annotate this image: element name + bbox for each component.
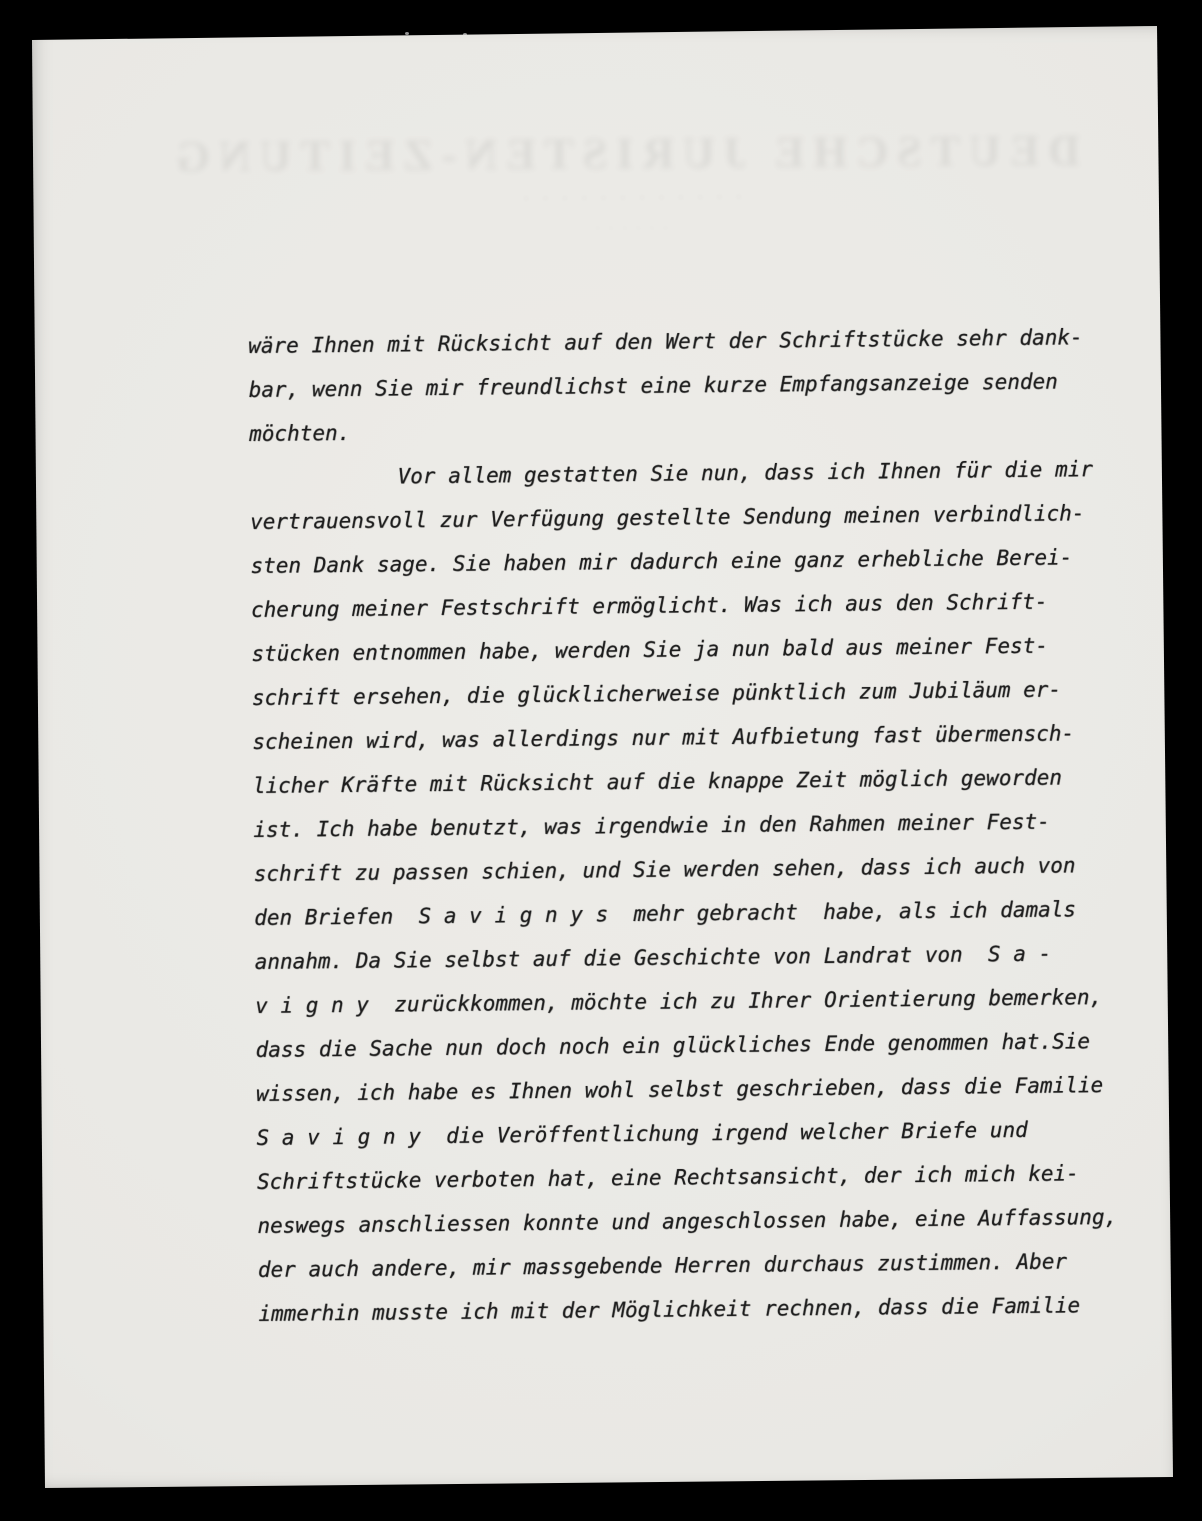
bleedthrough-letterhead: DEUTSCHE JURISTEN-ZEITUNG bbox=[180, 125, 1080, 182]
dust-speck bbox=[405, 32, 409, 35]
bleedthrough-subline: · · · · · · · · · · · · bbox=[420, 189, 840, 210]
letter-line: immerhin musste ich mit der Möglichkeit … bbox=[258, 1283, 1142, 1336]
bleedthrough-subline: · · · · · · bbox=[500, 219, 760, 237]
letter-page: DEUTSCHE JURISTEN-ZEITUNG · · · · · · · … bbox=[30, 24, 1176, 1490]
letter-body: wäre Ihnen mit Rücksicht auf den Wert de… bbox=[248, 315, 1143, 1336]
letter-line: bar, wenn Sie mir freundlichst eine kurz… bbox=[248, 359, 1132, 412]
photo-backdrop: DEUTSCHE JURISTEN-ZEITUNG · · · · · · · … bbox=[0, 0, 1202, 1521]
